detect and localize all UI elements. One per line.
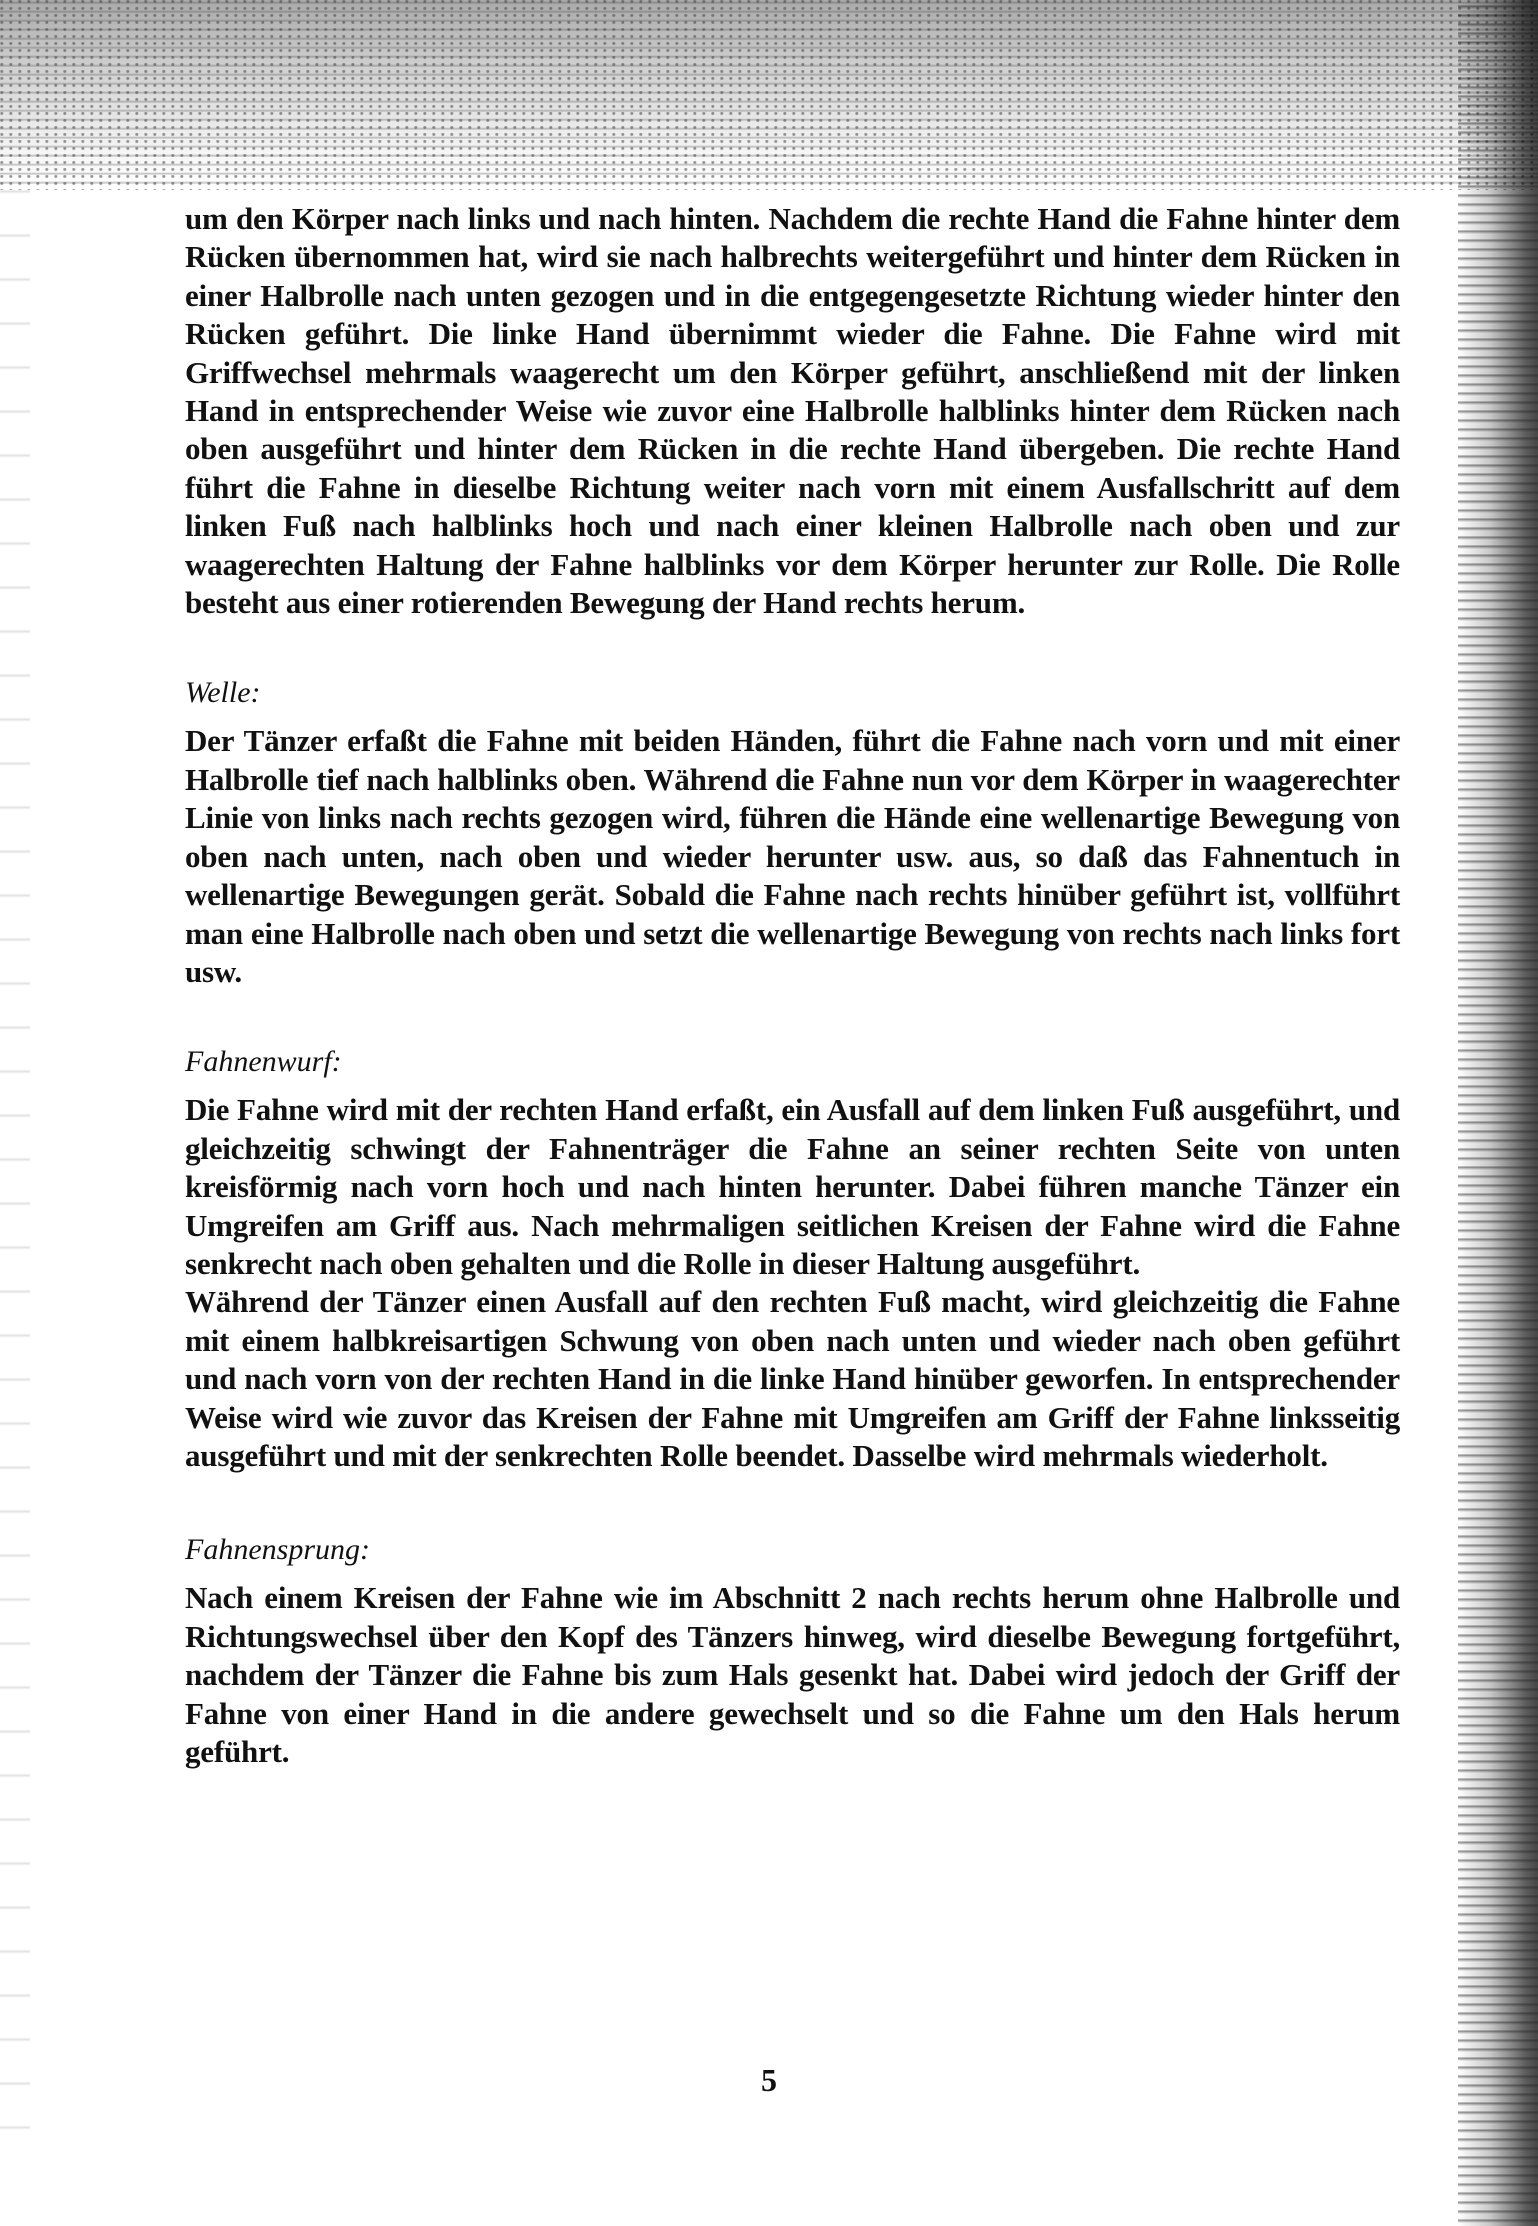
section-heading-fahnensprung: Fahnensprung: <box>185 1531 1400 1569</box>
section-paragraph: Der Tänzer erfaßt die Fahne mit beiden H… <box>185 722 1400 991</box>
scan-noise-top <box>0 0 1538 190</box>
section-paragraph: Die Fahne wird mit der rechten Hand erfa… <box>185 1091 1400 1283</box>
scan-noise-left-edge <box>0 150 30 2150</box>
section-fahnenwurf: Fahnenwurf: Die Fahne wird mit der recht… <box>185 1043 1400 1475</box>
section-heading-welle: Welle: <box>185 674 1400 712</box>
section-paragraph: Während der Tänzer einen Ausfall auf den… <box>185 1283 1400 1475</box>
intro-paragraph: um den Körper nach links und nach hinten… <box>185 200 1400 622</box>
scan-noise-right-edge <box>1458 0 1538 2226</box>
section-welle: Welle: Der Tänzer erfaßt die Fahne mit b… <box>185 674 1400 991</box>
section-fahnensprung: Fahnensprung: Nach einem Kreisen der Fah… <box>185 1531 1400 1771</box>
page-number: 5 <box>0 2062 1538 2099</box>
document-page: um den Körper nach links und nach hinten… <box>185 200 1400 1771</box>
section-paragraph: Nach einem Kreisen der Fahne wie im Absc… <box>185 1579 1400 1771</box>
section-heading-fahnenwurf: Fahnenwurf: <box>185 1043 1400 1081</box>
